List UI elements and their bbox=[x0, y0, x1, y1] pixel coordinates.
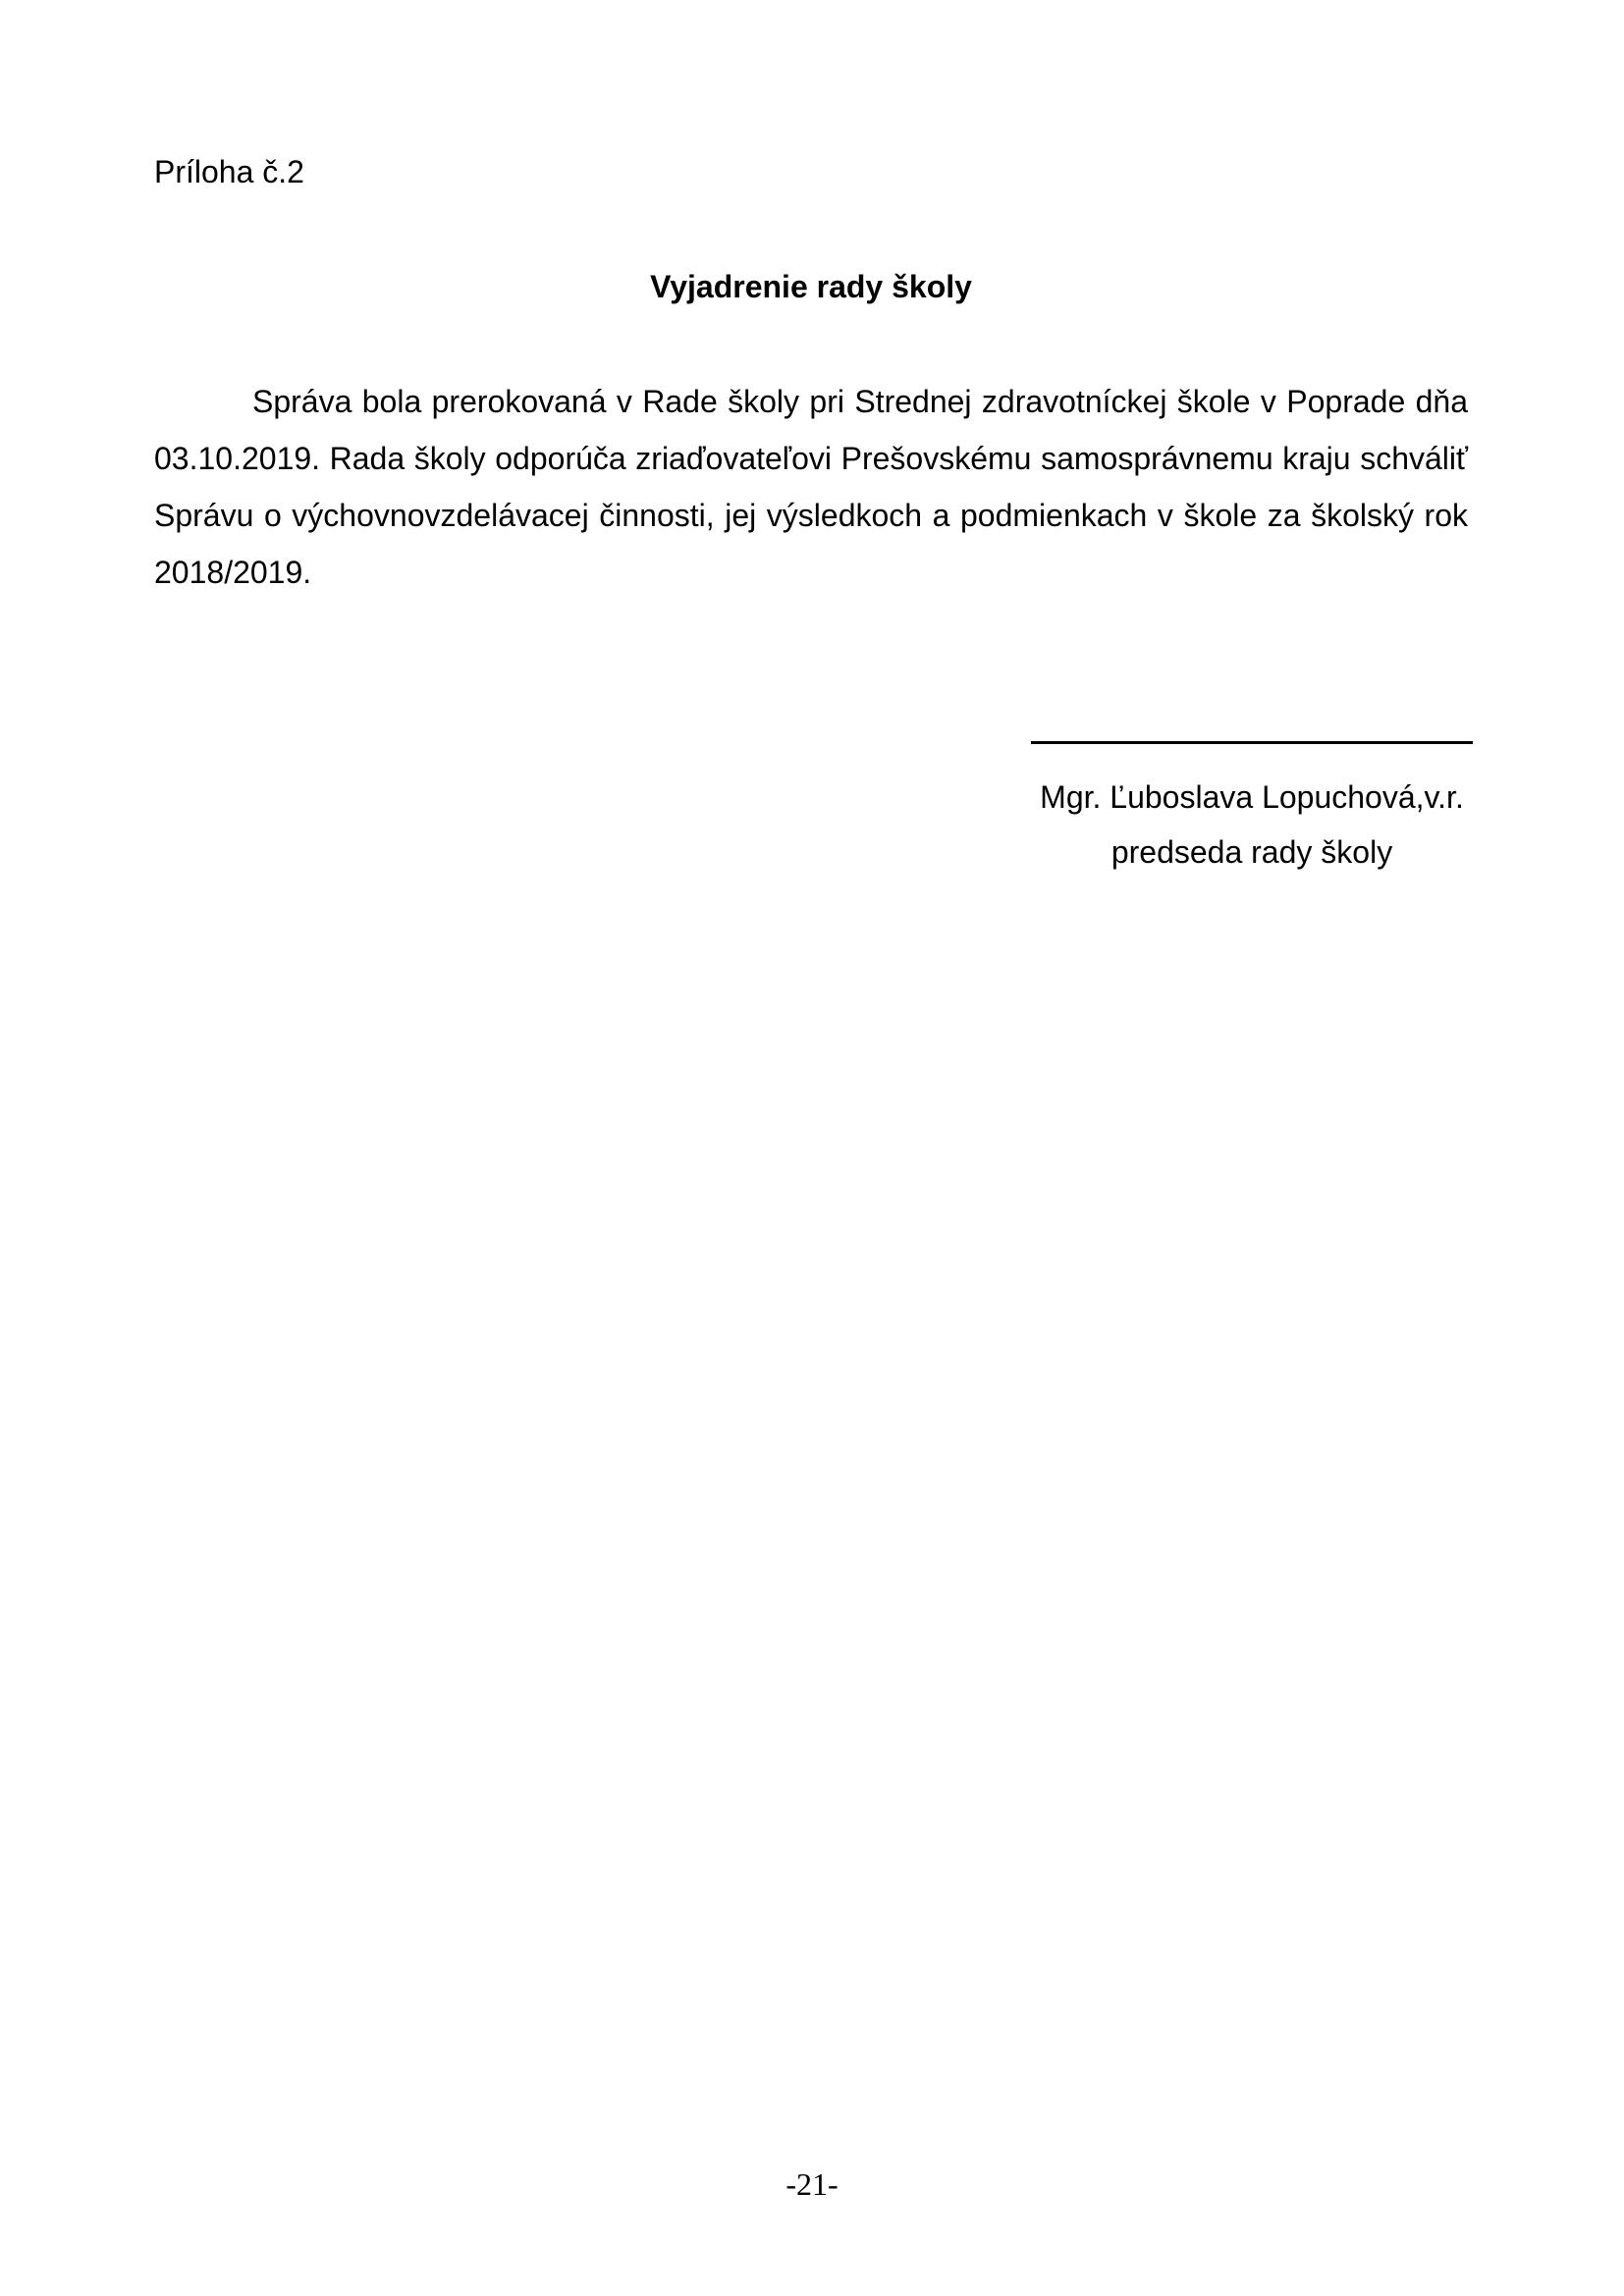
signature-line bbox=[1031, 741, 1473, 744]
document-title: Vyjadrenie rady školy bbox=[154, 267, 1468, 306]
annex-label: Príloha č.2 bbox=[154, 152, 304, 191]
page-number: -21- bbox=[0, 2164, 1624, 2204]
document-page: Príloha č.2 Vyjadrenie rady školy Správa… bbox=[0, 0, 1624, 2296]
signature-block: Mgr. Ľuboslava Lopuchová,v.r. predseda r… bbox=[1011, 721, 1492, 872]
body-paragraph: Správa bola prerokovaná v Rade školy pri… bbox=[154, 373, 1468, 601]
signer-name: Mgr. Ľuboslava Lopuchová,v.r. bbox=[1011, 777, 1492, 817]
signer-role: predseda rady školy bbox=[1011, 832, 1492, 872]
